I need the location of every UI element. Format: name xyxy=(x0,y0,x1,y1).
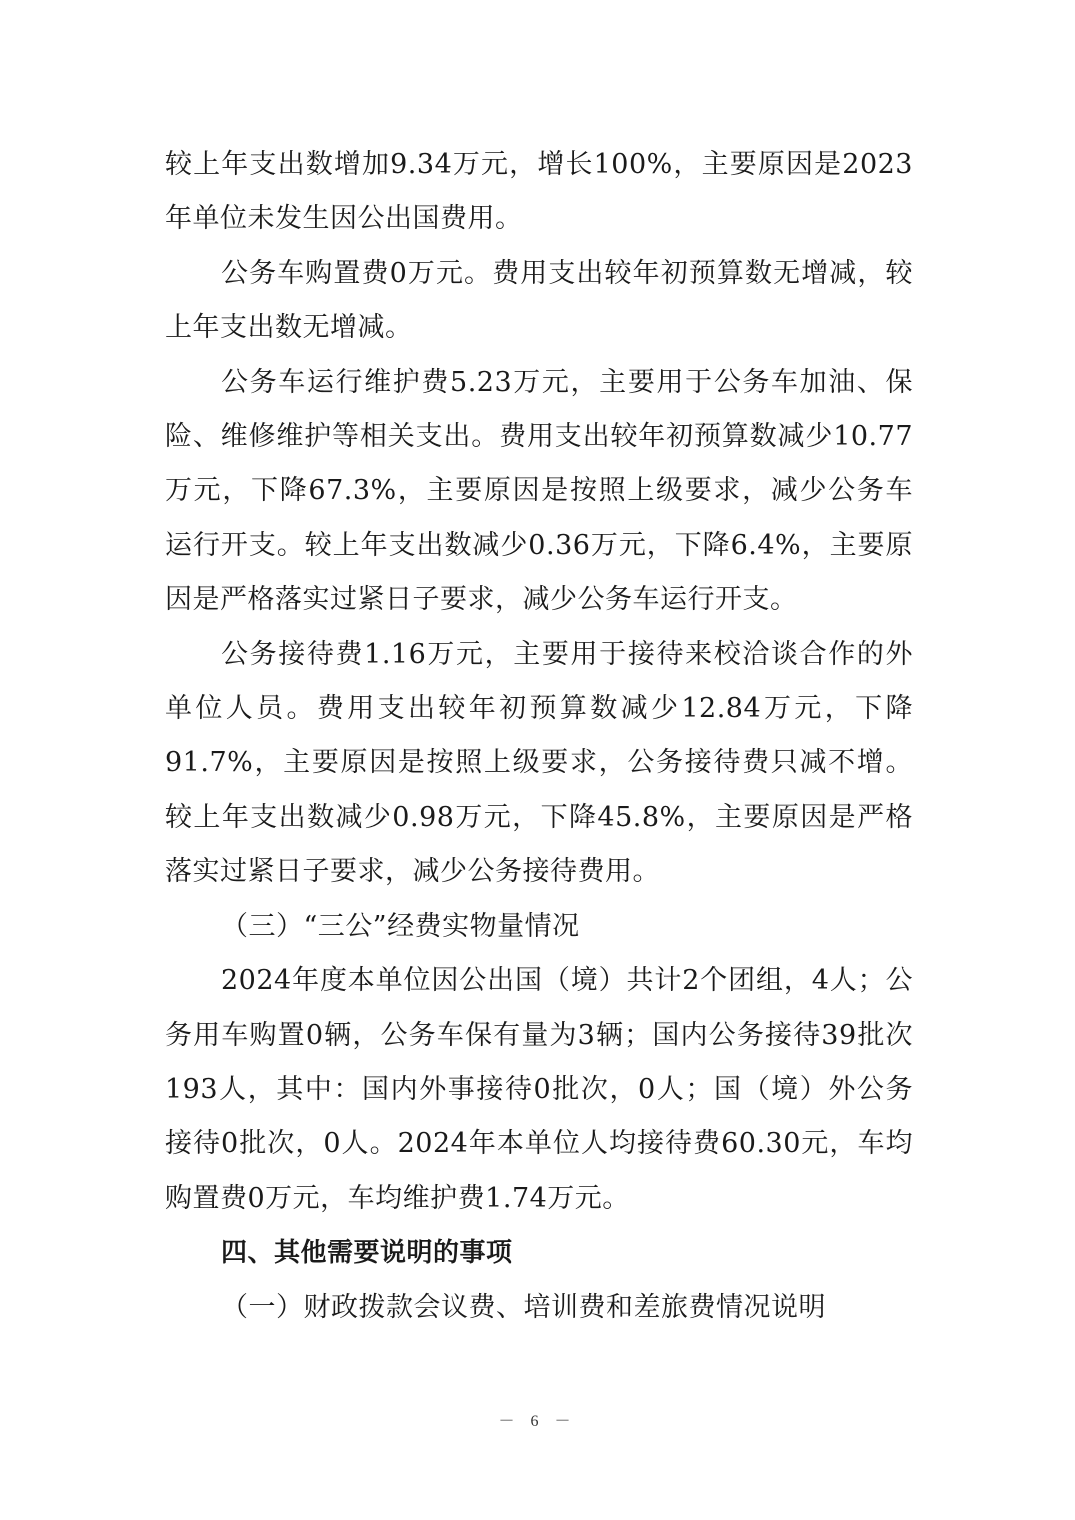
section-heading-other-matters: 四、其他需要说明的事项 xyxy=(165,1226,913,1280)
subheading-physical-quantity: （三）“三公”经费实物量情况 xyxy=(165,900,913,954)
subheading-meeting-training-travel: （一）财政拨款会议费、培训费和差旅费情况说明 xyxy=(165,1281,913,1335)
page-number: － 6 － xyxy=(0,1408,1075,1431)
paragraph-vehicle-maintenance: 公务车运行维护费5.23万元，主要用于公务车加油、保险、维修维护等相关支出。费用… xyxy=(165,356,913,628)
paragraph-physical-quantity: 2024年度本单位因公出国（境）共计2个团组，4人；公务用车购置0辆，公务车保有… xyxy=(165,954,913,1226)
document-page: 较上年支出数增加9.34万元，增长100%，主要原因是2023年单位未发生因公出… xyxy=(165,138,913,1335)
paragraph-vehicle-purchase: 公务车购置费0万元。费用支出较年初预算数无增减，较上年支出数无增减。 xyxy=(165,247,913,356)
paragraph-outbound-travel-continuation: 较上年支出数增加9.34万元，增长100%，主要原因是2023年单位未发生因公出… xyxy=(165,138,913,247)
paragraph-reception-expense: 公务接待费1.16万元，主要用于接待来校洽谈合作的外单位人员。费用支出较年初预算… xyxy=(165,628,913,900)
